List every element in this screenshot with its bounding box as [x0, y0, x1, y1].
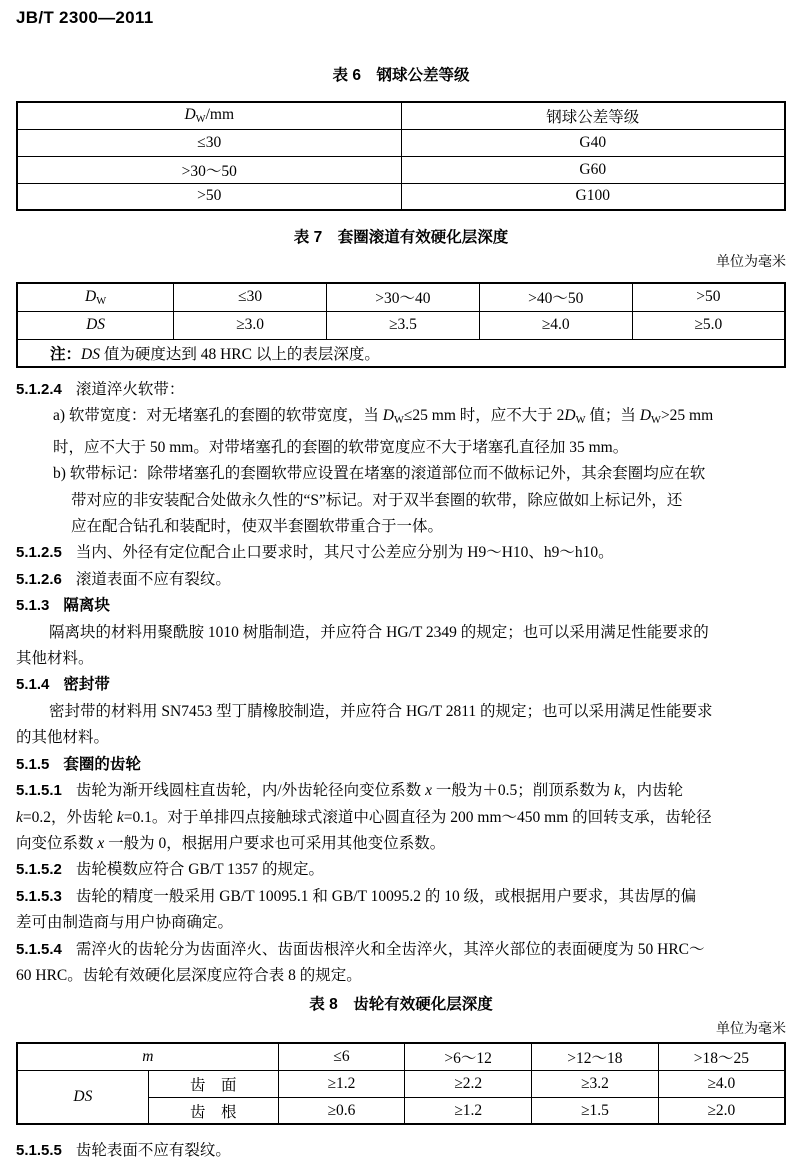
table-cell: >50 [632, 283, 785, 311]
table7-note: 注：DS 值为硬度达到 48 HRC 以上的表层深度。 [17, 339, 785, 367]
table7: DW ≤30 >30～40 >40～50 >50 DS ≥3.0 ≥3.5 ≥4… [16, 282, 786, 368]
heading-5-1-5: 5.1.5套圈的齿轮 [16, 752, 786, 778]
clause-5-1-5-4-line-2: 60 HRC。齿轮有效硬化层深度应符合表 8 的规定。 [16, 963, 786, 989]
table-cell: ≥3.2 [532, 1070, 659, 1097]
table-cell: ≥0.6 [278, 1097, 405, 1124]
table-cell: G40 [401, 129, 785, 156]
item-b-line-3: 应在配合钻孔和装配时，使双半套圈软带重合于一体。 [16, 514, 786, 540]
table-cell: ≥2.2 [405, 1070, 532, 1097]
table-cell: >40～50 [479, 283, 632, 311]
table-cell: >30～50 [17, 156, 401, 183]
table-cell: ≤6 [278, 1043, 405, 1070]
table6: DW/mm 钢球公差等级 ≤30 G40 >30～50 G60 >50 G100 [16, 101, 786, 211]
table-row: >30～50 G60 [17, 156, 785, 183]
table-cell: G100 [401, 183, 785, 210]
clause-5-1-2-5: 5.1.2.5当内、外径有定位配合止口要求时，其尺寸公差应分别为 H9～H10、… [16, 540, 786, 566]
table-cell: ≤30 [17, 129, 401, 156]
table-cell: ≥3.5 [327, 311, 480, 339]
body-text: 5.1.2.4滚道淬火软带： a) 软带宽度：对无堵塞孔的套圈的软带宽度，当 D… [16, 377, 786, 989]
clause-5-1-5-5: 5.1.5.5齿轮表面不应有裂纹。 [16, 1138, 786, 1164]
clause-5-1-5-4-line-1: 5.1.5.4需淬火的齿轮分为齿面淬火、齿面齿根淬火和全齿淬火，其淬火部位的表面… [16, 937, 786, 963]
table-row: >50 G100 [17, 183, 785, 210]
para-5-1-3-line-1: 隔离块的材料用聚酰胺 1010 树脂制造，并应符合 HG/T 2349 的规定；… [16, 620, 786, 646]
table8-title: 表 8 齿轮有效硬化层深度 [16, 994, 786, 1016]
table-cell: ≥3.0 [174, 311, 327, 339]
clause-5-1-5-2: 5.1.5.2齿轮模数应符合 GB/T 1357 的规定。 [16, 857, 786, 883]
standard-number: JB/T 2300—2011 [16, 8, 786, 28]
clause-5-1-2-6: 5.1.2.6滚道表面不应有裂纹。 [16, 567, 786, 593]
clause-5-1-5-3-line-2: 差可由制造商与用户协商确定。 [16, 910, 786, 936]
table7-title: 表 7 套圈滚道有效硬化层深度 [16, 227, 786, 249]
table-cell: ≥1.5 [532, 1097, 659, 1124]
table7-ds-row: DS ≥3.0 ≥3.5 ≥4.0 ≥5.0 [17, 311, 785, 339]
table7-dw-label: DW [17, 283, 174, 311]
table-cell: ≤30 [174, 283, 327, 311]
table6-title: 表 6 钢球公差等级 [16, 65, 786, 87]
clause-5-1-5-1-line-1: 5.1.5.1齿轮为渐开线圆柱直齿轮，内/外齿轮径向变位系数 x 一般为＋0.5… [16, 778, 786, 804]
table-cell: >12～18 [532, 1043, 659, 1070]
table-row: ≤30 G40 [17, 129, 785, 156]
table-cell: >6～12 [405, 1043, 532, 1070]
table6-header-dw: DW/mm [17, 102, 401, 129]
clause-5-1-5-1-line-3: 向变位系数 x 一般为 0，根据用户要求也可采用其他变位系数。 [16, 831, 786, 857]
table-cell: ≥5.0 [632, 311, 785, 339]
table-cell: G60 [401, 156, 785, 183]
clause-5-1-2-4-title: 5.1.2.4滚道淬火软带： [16, 377, 786, 403]
table7-unit-label: 单位为毫米 [16, 253, 786, 273]
table-cell: >30～40 [327, 283, 480, 311]
table-cell: >18～25 [658, 1043, 785, 1070]
para-5-1-4-line-2: 的其他材料。 [16, 725, 786, 751]
table6-header-grade: 钢球公差等级 [401, 102, 785, 129]
table8-ds-label: DS [17, 1070, 148, 1124]
table-cell: ≥2.0 [658, 1097, 785, 1124]
heading-5-1-3: 5.1.3隔离块 [16, 593, 786, 619]
table7-dw-row: DW ≤30 >30～40 >40～50 >50 [17, 283, 785, 311]
table8-face-row: DS 齿 面 ≥1.2 ≥2.2 ≥3.2 ≥4.0 [17, 1070, 785, 1097]
table8-m-label: m [17, 1043, 278, 1070]
table8-unit-label: 单位为毫米 [16, 1020, 786, 1040]
table7-ds-label: DS [17, 311, 174, 339]
table8-root-label: 齿 根 [148, 1097, 278, 1124]
table8: m ≤6 >6～12 >12～18 >18～25 DS 齿 面 ≥1.2 ≥2.… [16, 1042, 786, 1125]
para-5-1-3-line-2: 其他材料。 [16, 646, 786, 672]
table-cell: ≥4.0 [479, 311, 632, 339]
document-page: JB/T 2300—2011 表 6 钢球公差等级 DW/mm 钢球公差等级 ≤… [0, 0, 800, 1167]
item-a-line-2: 时，应不大于 50 mm。对带堵塞孔的套圈的软带宽度应不大于堵塞孔直径加 35 … [16, 435, 786, 461]
table-cell: ≥4.0 [658, 1070, 785, 1097]
item-a-line-1: a) 软带宽度：对无堵塞孔的套圈的软带宽度，当 DW≤25 mm 时，应不大于 … [16, 403, 786, 434]
table-cell: ≥1.2 [278, 1070, 405, 1097]
item-b-line-1: b) 软带标记：除带堵塞孔的套圈软带应设置在堵塞的滚道部位而不做标记外，其余套圈… [16, 461, 786, 487]
heading-5-1-4: 5.1.4密封带 [16, 672, 786, 698]
table6-header-row: DW/mm 钢球公差等级 [17, 102, 785, 129]
table8-face-label: 齿 面 [148, 1070, 278, 1097]
para-5-1-4-line-1: 密封带的材料用 SN7453 型丁腈橡胶制造，并应符合 HG/T 2811 的规… [16, 699, 786, 725]
table-cell: ≥1.2 [405, 1097, 532, 1124]
table-cell: >50 [17, 183, 401, 210]
clause-5-1-5-3-line-1: 5.1.5.3齿轮的精度一般采用 GB/T 10095.1 和 GB/T 100… [16, 884, 786, 910]
table7-note-row: 注：DS 值为硬度达到 48 HRC 以上的表层深度。 [17, 339, 785, 367]
item-b-line-2: 带对应的非安装配合处做永久性的“S”标记。对于双半套圈的软带，除应做如上标记外，… [16, 488, 786, 514]
clause-5-1-5-1-line-2: k=0.2，外齿轮 k=0.1。对于单排四点接触球式滚道中心圆直径为 200 m… [16, 805, 786, 831]
table8-m-row: m ≤6 >6～12 >12～18 >18～25 [17, 1043, 785, 1070]
